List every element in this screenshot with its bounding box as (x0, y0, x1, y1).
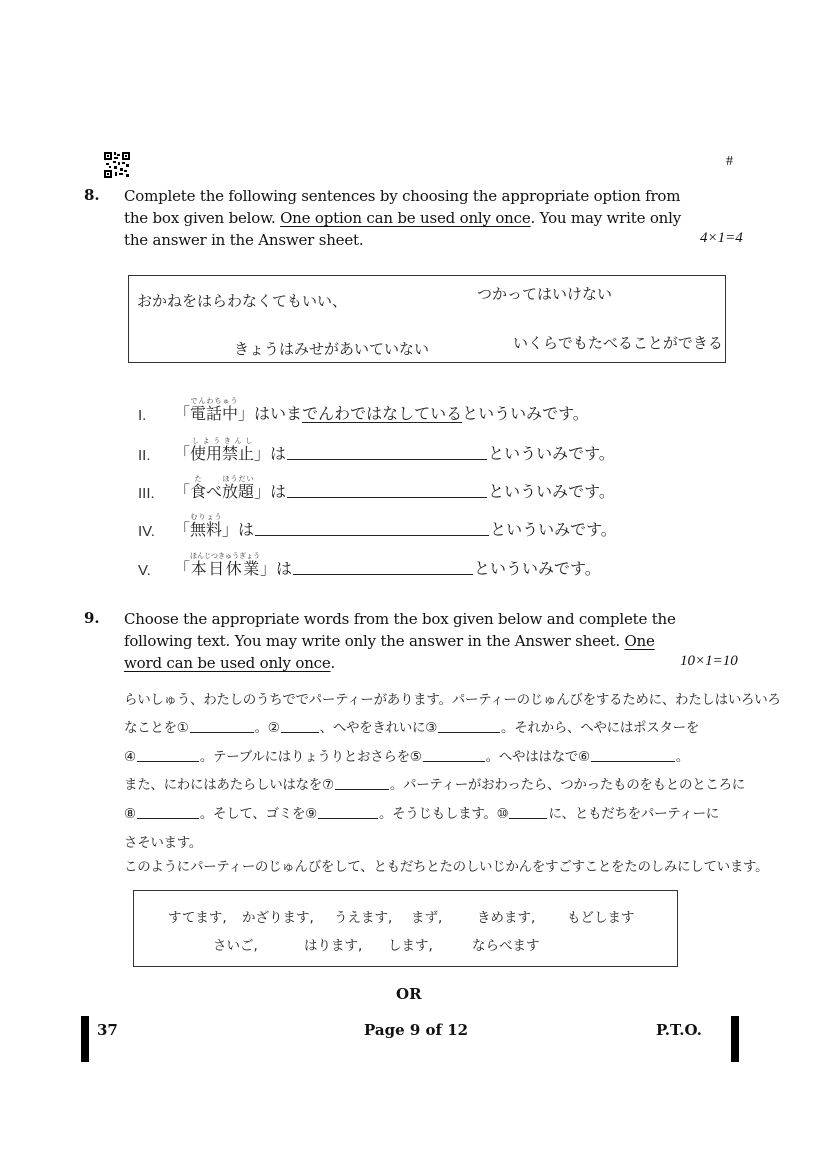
kanji-term: 放題ほうだい (222, 475, 254, 502)
q8-line-2-pre: the box given below. (124, 209, 280, 227)
q8-item-5: V. 「本日休業ほんじつきゅうぎょう」はといういみです。 (138, 551, 601, 579)
item-mid-text: はいま (254, 401, 302, 424)
text: 。へやははなで⑥ (486, 749, 590, 765)
text: 。そうじもします。⑩ (379, 806, 509, 822)
item-numeral: III. (138, 485, 174, 502)
q8-item-2: II. 「使用禁止しようきんし」はといういみです。 (138, 436, 615, 464)
word-option: まず, (411, 906, 442, 926)
open-bracket: 「 (174, 441, 190, 464)
q8-line-2-post: . You may write only (531, 209, 681, 227)
open-bracket: 「 (174, 517, 190, 540)
passage-line-1: らいしゅう、わたしのうちででパーティーがあります。パーティーのじゅんびをするため… (124, 688, 781, 708)
paper-code: 37 (97, 1021, 118, 1039)
answer-blank-3[interactable] (287, 496, 487, 498)
item-tail: といういみです。 (462, 401, 589, 424)
blank-1[interactable] (190, 731, 254, 733)
passage-line-2: なことを①。②、へやをきれいに③。それから、へやにはポスターを (124, 716, 699, 736)
furigana: ほんじつきゅうぎょう (190, 552, 260, 560)
open-bracket: 「 (174, 401, 190, 424)
text: また、にわにはあたらしいはなを⑦ (124, 777, 334, 793)
close-bracket: 」 (254, 479, 270, 502)
kanji-term: 本日休業ほんじつきゅうぎょう (190, 552, 260, 579)
kanji: 電話中 (190, 404, 238, 423)
close-bracket: 」 (222, 517, 238, 540)
kanji: 無料 (190, 520, 222, 539)
word-option: します, (388, 934, 433, 954)
pto-label: P.T.O. (656, 1021, 702, 1039)
q9-emphasis-start: One (624, 632, 654, 650)
text: 。それから、へやにはポスターを (501, 720, 699, 736)
item-numeral: II. (138, 447, 174, 464)
text: ⑧ (124, 806, 136, 822)
item-numeral: V. (138, 562, 174, 579)
word-option: すてます, (168, 906, 227, 926)
q9-line-2: following text. You may write only the a… (124, 630, 754, 652)
q8-option-2: つかってはいけない (477, 283, 612, 304)
passage-line-4: また、にわにはあたらしいはなを⑦。パーティーがおわったら、つかったものをもとのと… (124, 773, 745, 793)
kanji-term: 電話中でんわちゅう (190, 397, 238, 424)
open-bracket: 「 (174, 479, 190, 502)
page-number: Page 9 of 12 (364, 1021, 468, 1039)
answer-blank-2[interactable] (287, 458, 487, 460)
q8-option-3: きょうはみせがあいていない (234, 338, 429, 359)
or-separator: OR (396, 985, 422, 1003)
text: 。② (255, 720, 280, 736)
q9-line-1: Choose the appropriate words from the bo… (124, 608, 754, 630)
item-tail: といういみです。 (490, 517, 617, 540)
question-8-number: 8. (84, 186, 100, 204)
q9-emphasis-end: word can be used only once (124, 654, 331, 672)
q9-line-2-pre: following text. You may write only the a… (124, 632, 624, 650)
text: なことを① (124, 720, 189, 736)
text: 。そして、ゴミを⑨ (200, 806, 317, 822)
blank-3[interactable] (438, 731, 500, 733)
passage-line-7: このようにパーティーのじゅんびをして、ともだちとたのしいじかんをすごすことをたの… (124, 855, 768, 875)
item-mid-text: は (270, 441, 286, 464)
q8-option-1: おかねをはらわなくてもいい、 (137, 290, 347, 311)
furigana: ほうだい (222, 475, 254, 483)
text: 、へやをきれいに③ (320, 720, 437, 736)
question-8-instructions: Complete the following sentences by choo… (124, 185, 754, 251)
q8-marks: 4×1=4 (700, 230, 743, 247)
passage-line-5: ⑧。そして、ゴミを⑨。そうじもします。⑩に、ともだちをパーティーに (124, 802, 719, 822)
q8-emphasis: One option can be used only once (280, 209, 530, 227)
okurigana: べ (206, 479, 222, 502)
kanji-term: 食た (190, 475, 206, 502)
item-numeral: I. (138, 407, 174, 424)
passage-line-6: さそいます。 (124, 831, 202, 851)
kanji: 使用禁止 (190, 444, 254, 463)
item-tail: といういみです。 (488, 441, 615, 464)
qr-code-icon (104, 152, 130, 178)
item-numeral: IV. (138, 523, 174, 540)
word-option: かざります, (242, 906, 314, 926)
furigana: た (190, 475, 206, 483)
item-mid-text: は (276, 556, 292, 579)
question-9-instructions: Choose the appropriate words from the bo… (124, 608, 754, 674)
word-option: ならべます (472, 934, 540, 954)
blank-10[interactable] (509, 817, 547, 819)
close-bracket: 」 (238, 401, 254, 424)
answer-blank-5[interactable] (293, 573, 473, 575)
furigana: でんわちゅう (190, 397, 238, 405)
q9-marks: 10×1=10 (680, 653, 738, 670)
blank-4[interactable] (137, 760, 199, 762)
blank-8[interactable] (137, 817, 199, 819)
text: 。 (676, 749, 689, 765)
text: 。パーティーがおわったら、つかったものをもとのところに (390, 777, 745, 793)
hash-mark: # (726, 154, 733, 170)
blank-7[interactable] (335, 788, 389, 790)
item-tail: といういみです。 (474, 556, 601, 579)
q8-item-4: IV. 「無料むりょう」はといういみです。 (138, 512, 617, 540)
q8-line-2: the box given below. One option can be u… (124, 207, 754, 229)
kanji: 食 (190, 482, 206, 501)
text: ④ (124, 749, 136, 765)
item-mid-text: は (238, 517, 254, 540)
blank-6[interactable] (591, 760, 675, 762)
word-option: はります, (304, 934, 362, 954)
question-9-number: 9. (84, 609, 100, 627)
example-answer: でんわではなしている (302, 401, 462, 424)
word-option: さいご, (213, 934, 258, 954)
footer-left-bar (81, 1016, 89, 1062)
close-bracket: 」 (254, 441, 270, 464)
q8-item-1: I. 「電話中でんわちゅう」はいまでんわではなしているといういみです。 (138, 396, 589, 424)
q9-line-3: word can be used only once. (124, 652, 754, 674)
blank-2[interactable] (281, 731, 319, 733)
q9-word-box: すてます, かざります, うえます, まず, きめます, もどします さいご, … (133, 890, 678, 967)
item-mid-text: は (270, 479, 286, 502)
text: 。テーブルにはりょうりとおさらを⑤ (200, 749, 422, 765)
q8-item-3: III. 「食たべ放題ほうだい」はといういみです。 (138, 474, 615, 502)
q8-line-3: the answer in the Answer sheet. (124, 229, 754, 251)
blank-9[interactable] (318, 817, 378, 819)
word-option: きめます, (477, 906, 535, 926)
furigana: むりょう (190, 513, 222, 521)
answer-blank-4[interactable] (255, 534, 489, 536)
furigana: しようきんし (190, 437, 254, 445)
item-tail: といういみです。 (488, 479, 615, 502)
kanji-term: 使用禁止しようきんし (190, 437, 254, 464)
passage-line-3: ④。テーブルにはりょうりとおさらを⑤。へやははなで⑥。 (124, 745, 689, 765)
kanji: 放題 (222, 482, 254, 501)
footer-right-bar (731, 1016, 739, 1062)
blank-5[interactable] (423, 760, 485, 762)
q9-line-3-post: . (331, 654, 336, 672)
word-option: うえます, (334, 906, 392, 926)
q8-options-box: おかねをはらわなくてもいい、 つかってはいけない きょうはみせがあいていない い… (128, 275, 726, 363)
q8-option-4: いくらでもたべることができる (513, 332, 723, 353)
kanji-term: 無料むりょう (190, 513, 222, 540)
word-option: もどします (567, 906, 635, 926)
text: に、ともだちをパーティーに (548, 806, 719, 822)
kanji: 本日休業 (190, 559, 260, 578)
q8-line-1: Complete the following sentences by choo… (124, 185, 754, 207)
close-bracket: 」 (260, 556, 276, 579)
open-bracket: 「 (174, 556, 190, 579)
